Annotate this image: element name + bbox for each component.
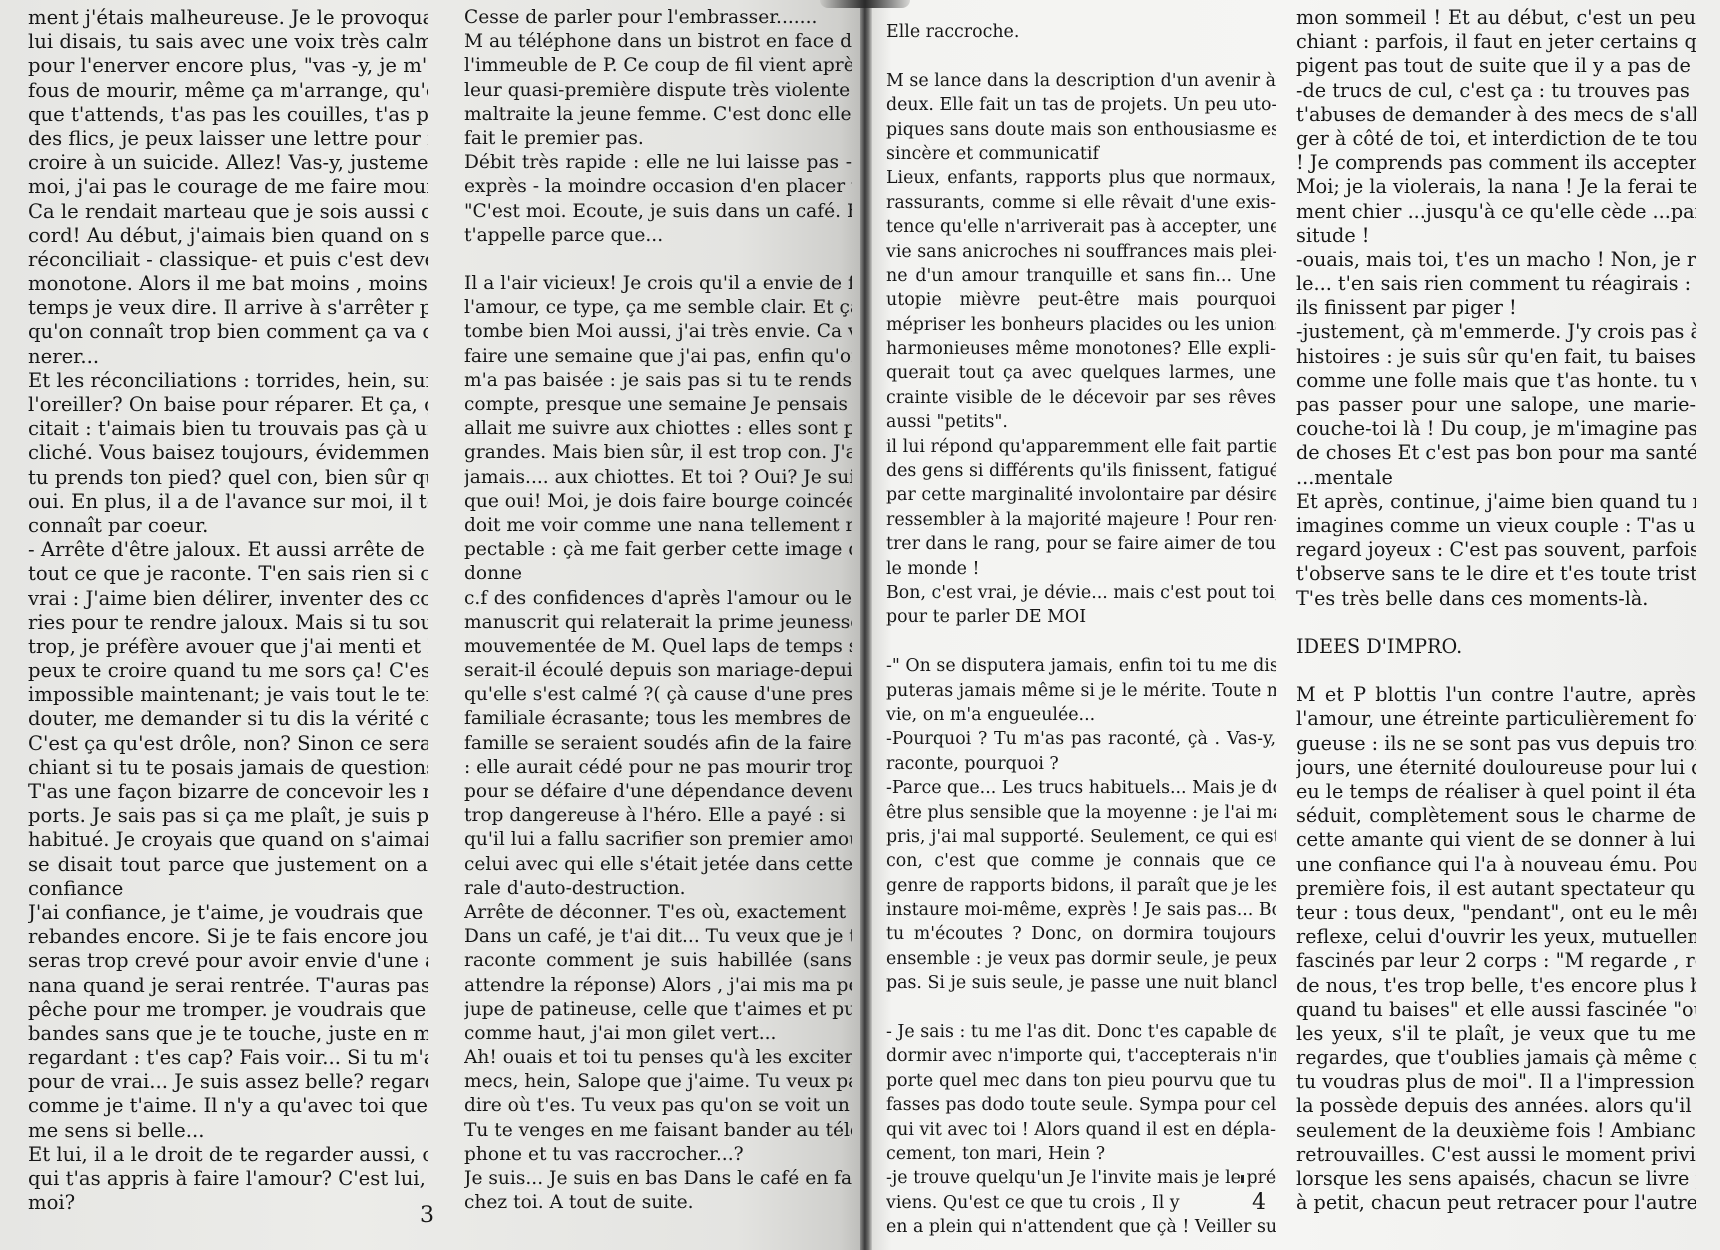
text-line: se disait tout parce que justement on a — [28, 853, 428, 877]
text-line: vie, on m'a engueulée... — [886, 703, 1276, 727]
left-page-column-2: Cesse de parler pour l'embrasser.......M… — [464, 6, 852, 1215]
text-line: connaît par coeur. — [28, 514, 428, 538]
text-line: lorsque les sens apaisés, chacun se livr… — [1296, 1167, 1696, 1191]
text-line: crainte visible de le décevoir par ses r… — [886, 386, 1276, 410]
text-line: douter, me demander si tu dis la vérité … — [28, 707, 428, 731]
text-line: puteras jamais même si je le mérite. Tou… — [886, 679, 1276, 703]
text-line: mouvementée de M. Quel laps de temps se — [464, 635, 852, 659]
text-line: querait tout ça avec quelques larmes, un… — [886, 361, 1276, 385]
text-line: -de trucs de cul, c'est ça : tu trouves … — [1296, 79, 1696, 103]
text-line: - Je sais : tu me l'as dit. Donc t'es ca… — [886, 1020, 1276, 1044]
blank-line — [886, 996, 1276, 1020]
text-line: à petit, chacun peut retracer pour l'aut… — [1296, 1191, 1696, 1215]
text-line: lui disais, tu sais avec une voix très c… — [28, 30, 428, 54]
text-line: tu m'écoutes ? Donc, on dormira toujours — [886, 922, 1276, 946]
text-line: qu'il lui a fallu sacrifier son premier … — [464, 828, 852, 852]
text-line: familiale écrasante; tous les membres de… — [464, 707, 852, 731]
text-line: Ah! ouais et toi tu penses qu'à les exci… — [464, 1046, 852, 1070]
text-line: pour se défaire d'une dépendance devenue — [464, 780, 852, 804]
text-line: Et après, continue, j'aime bien quand tu… — [1296, 490, 1696, 514]
text-line: Lieux, enfants, rapports plus que normau… — [886, 166, 1276, 190]
text-line: trop, je préfère avouer que j'ai menti e… — [28, 635, 428, 659]
text-line: trop dangereuse à l'héro. Elle a payé : … — [464, 804, 852, 828]
text-line: pigent pas tout de suite que il y a pas … — [1296, 54, 1696, 78]
text-line: grandes. Mais bien sûr, il est trop con.… — [464, 441, 852, 465]
text-line: des flics, je peux laisser une lettre po… — [28, 127, 428, 151]
text-line: maltraite la jeune femme. C'est donc ell… — [464, 103, 852, 127]
text-line: t'observe sans te le dire et t'es toute … — [1296, 562, 1696, 586]
text-line: Cesse de parler pour l'embrasser....... — [464, 6, 852, 30]
text-line: vrai : J'aime bien délirer, inventer des… — [28, 587, 428, 611]
page-number-left: 3 — [420, 1203, 434, 1228]
text-line: une confiance qui l'a à nouveau ému. Pou… — [1296, 853, 1696, 877]
text-line: raconte, pourquoi ? — [886, 752, 1276, 776]
text-line: séduit, complètement sous le charme de — [1296, 804, 1696, 828]
text-line: c.f des confidences d'après l'amour ou l… — [464, 587, 852, 611]
text-line: l'immeuble de P. Ce coup de fil vient ap… — [464, 54, 852, 78]
blank-line — [886, 630, 1276, 654]
text-line: Je suis... Je suis en bas Dans le café e… — [464, 1167, 852, 1191]
text-line: ger à côté de toi, et interdiction de te… — [1296, 127, 1696, 151]
text-line: que oui! Moi, je dois faire bourge coinc… — [464, 490, 852, 514]
text-line: Dans un café, je t'ai dit... Tu veux que… — [464, 925, 852, 949]
text-line: cord! Au début, j'aimais bien quand on s… — [28, 224, 428, 248]
text-line: confiance — [28, 877, 428, 901]
text-line: Arrête de déconner. T'es où, exactement … — [464, 901, 852, 925]
text-line: harmonieuses même monotones? Elle expli- — [886, 337, 1276, 361]
text-line: : elle aurait cédé pour ne pas mourir tr… — [464, 756, 852, 780]
text-line: oui. En plus, il a de l'avance sur moi, … — [28, 490, 428, 514]
page-number-right: 4 — [1252, 1190, 1266, 1215]
text-line: ...mentale — [1296, 466, 1696, 490]
text-line: cement, ton mari, Hein ? — [886, 1142, 1276, 1166]
text-line: mecs, hein, Salope que j'aime. Tu veux p… — [464, 1070, 852, 1094]
text-line: utopie mièvre peut-être mais pourquoi — [886, 288, 1276, 312]
book-gutter — [860, 0, 872, 1250]
text-line: ensemble : je veux pas dormir seule, je … — [886, 947, 1276, 971]
text-line: seras trop crevé pour avoir envie d'une … — [28, 949, 428, 973]
text-line: moi, j'ai pas le courage de me faire mou… — [28, 175, 428, 199]
text-line: qu'elle s'est calmé ?( çà cause d'une pr… — [464, 683, 852, 707]
text-line: regard joyeux : C'est pas souvent, parfo… — [1296, 538, 1696, 562]
text-line: comme je t'aime. Il n'y a qu'avec toi qu… — [28, 1094, 428, 1118]
text-line: le... t'en sais rien comment tu réagirai… — [1296, 272, 1696, 296]
text-line: M au téléphone dans un bistrot en face d… — [464, 30, 852, 54]
text-line: donne — [464, 562, 852, 586]
text-line: Bon, c'est vrai, je dévie... mais c'est … — [886, 581, 1276, 605]
text-line: me sens si belle... — [28, 1119, 428, 1143]
text-line: J'ai confiance, je t'aime, je voudrais q… — [28, 901, 428, 925]
text-line: de choses Et c'est pas bon pour ma santé — [1296, 441, 1696, 465]
text-line: ne d'un amour tranquille et sans fin... … — [886, 264, 1276, 288]
text-line: jours, une éternité douloureuse pour lui… — [1296, 756, 1696, 780]
text-line: qui vit avec toi ! Alors quand il est en… — [886, 1118, 1276, 1142]
text-line: comme haut, j'ai mon gilet vert... — [464, 1022, 852, 1046]
text-line: fascinés par leur 2 corps : "M regarde ,… — [1296, 949, 1696, 973]
text-line: monotone. Alors il me bat moins , moins … — [28, 272, 428, 296]
text-line: IDEES D'IMPRO. — [1296, 635, 1696, 659]
text-line: pris, j'ai mal supporté. Seulement, ce q… — [886, 825, 1276, 849]
text-line: nerer... — [28, 345, 428, 369]
blank-line — [464, 248, 852, 272]
text-line: piques sans doute mais son enthousiasme … — [886, 118, 1276, 142]
text-line: reflexe, celui d'ouvrir les yeux, mutuel… — [1296, 925, 1696, 949]
blank-line — [1296, 659, 1696, 683]
text-line: Moi; je la violerais, la nana ! Je la fe… — [1296, 175, 1696, 199]
text-line: M et P blottis l'un contre l'autre, aprè… — [1296, 683, 1696, 707]
text-line: ! Je comprends pas comment ils acceptent… — [1296, 151, 1696, 175]
text-line: t'abuses de demander à des mecs de s'all… — [1296, 103, 1696, 127]
text-line: viens. Qu'est ce que tu crois , Il y — [886, 1191, 1276, 1215]
text-line: peux te croire quand tu me sors ça! C'es… — [28, 659, 428, 683]
text-line: chiant si tu te posais jamais de questio… — [28, 756, 428, 780]
text-line: famille se seraient soudés afin de la fa… — [464, 732, 852, 756]
stray-mark — [1241, 1175, 1244, 1183]
text-line: tence qu'elle n'arriverait pas à accepte… — [886, 215, 1276, 239]
text-line: pectable : çà me fait gerber cette image… — [464, 538, 852, 562]
text-line: seulement de la deuxième fois ! Ambiance… — [1296, 1119, 1696, 1143]
text-line: Tu te venges en me faisant bander au tél… — [464, 1119, 852, 1143]
text-line: en a plein qui n'attendent que çà ! Veil… — [886, 1215, 1276, 1239]
text-line: cliché. Vous baisez toujours, évidemment… — [28, 441, 428, 465]
text-line: dormir avec n'importe qui, t'accepterais… — [886, 1044, 1276, 1068]
text-line: première fois, il est autant spectateur … — [1296, 877, 1696, 901]
text-line: ports. Je sais pas si ça me plaît, je su… — [28, 804, 428, 828]
text-line: -Parce que... Les trucs habituels... Mai… — [886, 776, 1276, 800]
text-line: pêche pour me tromper. je voudrais que t… — [28, 998, 428, 1022]
text-line: couche-toi là ! Du coup, je m'imagine pa… — [1296, 417, 1696, 441]
text-line: Ca le rendait marteau que je sois aussi … — [28, 200, 428, 224]
text-line: pour te parler DE MOI — [886, 605, 1276, 629]
text-line: m'a pas baisée : je sais pas si tu te re… — [464, 369, 852, 393]
text-line: doit me voir comme une nana tellement re… — [464, 514, 852, 538]
text-line: C'est ça qu'est drôle, non? Sinon ce ser… — [28, 732, 428, 756]
text-line: manuscrit qui relaterait la prime jeunes… — [464, 611, 852, 635]
text-line: chiant : parfois, il faut en jeter certa… — [1296, 30, 1696, 54]
text-line: gueuse : ils ne se sont pas vus depuis t… — [1296, 732, 1696, 756]
text-line: serait-il écoulé depuis son mariage-depu… — [464, 659, 852, 683]
text-line: imagines comme un vieux couple : T'as un — [1296, 514, 1696, 538]
text-line: qui t'as appris à faire l'amour? C'est l… — [28, 1167, 428, 1191]
text-line: teur : tous deux, "pendant", ont eu le m… — [1296, 901, 1696, 925]
text-line: qu'on connaît trop bien comment ça va dé… — [28, 320, 428, 344]
text-line: fasses pas dodo toute seule. Sympa pour … — [886, 1093, 1276, 1117]
text-line: raconte comment je suis habillée (sans — [464, 949, 852, 973]
text-line: eu le temps de réaliser à quel point il … — [1296, 780, 1696, 804]
text-line: moi? — [28, 1191, 428, 1215]
text-line: des gens si différents qu'ils finissent,… — [886, 459, 1276, 483]
text-line: leur quasi-première dispute très violent… — [464, 79, 852, 103]
text-line: par cette marginalité involontaire par d… — [886, 483, 1276, 507]
text-line: histoires : je suis sûr qu'en fait, tu b… — [1296, 345, 1696, 369]
text-line: que t'attends, t'as pas les couilles, t'… — [28, 103, 428, 127]
text-line: aussi "petits". — [886, 410, 1276, 434]
text-line: allait me suivre aux chiottes : elles so… — [464, 417, 852, 441]
text-line: jupe de patineuse, celle que t'aimes et … — [464, 998, 852, 1022]
text-line: instaure moi-même, exprès ! Je sais pas.… — [886, 898, 1276, 922]
text-line: Et lui, il a le droit de te regarder aus… — [28, 1143, 428, 1167]
text-line: -je trouve quelqu'un Je l'invite mais je… — [886, 1166, 1276, 1190]
text-line: celui avec qui elle s'était jetée dans c… — [464, 853, 852, 877]
text-line: M se lance dans la description d'un aven… — [886, 69, 1276, 93]
text-line: l'amour, ce type, ça me semble clair. Et… — [464, 296, 852, 320]
text-line: mépriser les bonheurs placides ou les un… — [886, 313, 1276, 337]
text-line: tout ce que je raconte. T'en sais rien s… — [28, 562, 428, 586]
text-line: regardes, que t'oublies jamais çà même q… — [1296, 1046, 1696, 1070]
text-line: comme une folle mais que t'as honte. tu … — [1296, 369, 1696, 393]
text-line: trer dans le rang, pour se faire aimer d… — [886, 532, 1276, 556]
text-line: temps je veux dire. Il arrive à s'arrête… — [28, 296, 428, 320]
right-page-column-1: Elle raccroche.M se lance dans la descri… — [886, 20, 1276, 1240]
text-line: attendre la réponse) Alors , j'ai mis ma… — [464, 974, 852, 998]
text-line: vie sans anicroches ni souffrances mais … — [886, 240, 1276, 264]
text-line: cette amante qui vient de se donner à lu… — [1296, 828, 1696, 852]
text-line: pas. Si je suis seule, je passe une nuit… — [886, 971, 1276, 995]
text-line: fous de mourir, même ça m'arrange, qu'es… — [28, 79, 428, 103]
text-line: "C'est moi. Ecoute, je suis dans un café… — [464, 200, 852, 224]
text-line: nana quand je serai rentrée. T'auras pas… — [28, 974, 428, 998]
text-line: l'oreiller? On baise pour réparer. Et ça… — [28, 393, 428, 417]
text-line: mon sommeil ! Et au début, c'est un peu — [1296, 6, 1696, 30]
text-line: T'es très belle dans ces moments-là. — [1296, 587, 1696, 611]
text-line: Elle raccroche. — [886, 20, 1276, 44]
text-line: pas passer pour une salope, une marie- — [1296, 393, 1696, 417]
text-line: ils finissent par piger ! — [1296, 296, 1696, 320]
text-line: chez toi. A tout de suite. — [464, 1191, 852, 1215]
text-line: porte quel mec dans ton pieu pourvu que … — [886, 1069, 1276, 1093]
text-line: -justement, çà m'emmerde. J'y crois pas … — [1296, 320, 1696, 344]
right-page-column-2: mon sommeil ! Et au début, c'est un peuc… — [1296, 6, 1696, 1215]
text-line: Et les réconciliations : torrides, hein,… — [28, 369, 428, 393]
text-line: ment chier ...jusqu'à ce qu'elle cède ..… — [1296, 200, 1696, 224]
text-line: retrouvailles. C'est aussi le moment pri… — [1296, 1143, 1696, 1167]
text-line: pour de vrai... Je suis assez belle? reg… — [28, 1070, 428, 1094]
text-line: sincère et communicatif — [886, 142, 1276, 166]
text-line: dire où t'es. Tu veux pas qu'on se voit … — [464, 1094, 852, 1118]
left-page-column-1: ment j'étais malheureuse. Je le provoqua… — [28, 6, 428, 1215]
text-line: -" On se disputera jamais, enfin toi tu … — [886, 654, 1276, 678]
text-line: -ouais, mais toi, t'es un macho ! Non, j… — [1296, 248, 1696, 272]
text-line: pour l'enerver encore plus, "vas -y, je … — [28, 54, 428, 78]
text-line: -Pourquoi ? Tu m'as pas raconté, çà . Va… — [886, 727, 1276, 751]
blank-line — [1296, 611, 1696, 635]
text-line: croire à un suicide. Allez! Vas-y, juste… — [28, 151, 428, 175]
text-line: impossible maintenant; je vais tout le t… — [28, 683, 428, 707]
text-line: exprès - la moindre occasion d'en placer… — [464, 175, 852, 199]
text-line: ment j'étais malheureuse. Je le provoqua… — [28, 6, 428, 30]
text-line: la possède depuis des années. alors qu'i… — [1296, 1094, 1696, 1118]
text-line: deux. Elle fait un tas de projets. Un pe… — [886, 93, 1276, 117]
text-line: fait le premier pas. — [464, 127, 852, 151]
text-line: de nous, t'es trop belle, t'es encore pl… — [1296, 974, 1696, 998]
text-line: quand tu baises" et elle aussi fascinée … — [1296, 998, 1696, 1022]
text-line: réconciliait - classique- et puis c'est … — [28, 248, 428, 272]
text-line: ressembler à la majorité majeure ! Pour … — [886, 508, 1276, 532]
text-line: le monde ! — [886, 557, 1276, 581]
text-line: ries pour te rendre jaloux. Mais si tu s… — [28, 611, 428, 635]
text-line: habitué. Je croyais que quand on s'aimai… — [28, 828, 428, 852]
text-line: citait : t'aimais bien tu trouvais pas ç… — [28, 417, 428, 441]
text-line: - Arrête d'être jaloux. Et aussi arrête … — [28, 538, 428, 562]
text-line: rale d'auto-destruction. — [464, 877, 852, 901]
text-line: situde ! — [1296, 224, 1696, 248]
text-line: il lui répond qu'apparemment elle fait p… — [886, 435, 1276, 459]
text-line: rassurants, comme si elle rêvait d'une e… — [886, 191, 1276, 215]
text-line: jamais.... aux chiottes. Et toi ? Oui? J… — [464, 466, 852, 490]
text-line: tu prends ton pied? quel con, bien sûr q… — [28, 466, 428, 490]
text-line: rebandes encore. Si je te fais encore jo… — [28, 925, 428, 949]
text-line: genre de rapports bidons, il paraît que … — [886, 874, 1276, 898]
text-line: con, c'est que comme je connais que ce — [886, 849, 1276, 873]
text-line: phone et tu vas raccrocher...? — [464, 1143, 852, 1167]
text-line: les yeux, s'il te plaît, je veux que tu … — [1296, 1022, 1696, 1046]
blank-line — [886, 44, 1276, 68]
text-line: être plus sensible que la moyenne : je l… — [886, 801, 1276, 825]
text-line: l'amour, une étreinte particulièrement f… — [1296, 707, 1696, 731]
text-line: compte, presque une semaine Je pensais q… — [464, 393, 852, 417]
text-line: tu voudras plus de moi". Il a l'impressi… — [1296, 1070, 1696, 1094]
text-line: Il a l'air vicieux! Je crois qu'il a env… — [464, 272, 852, 296]
text-line: t'appelle parce que... — [464, 224, 852, 248]
text-line: tombe bien Moi aussi, j'ai très envie. C… — [464, 320, 852, 344]
text-line: regardant : t'es cap? Fais voir... Si tu… — [28, 1046, 428, 1070]
text-line: faire une semaine que j'ai pas, enfin qu… — [464, 345, 852, 369]
text-line: bandes sans que je te touche, juste en m… — [28, 1022, 428, 1046]
text-line: T'as une façon bizarre de concevoir les … — [28, 780, 428, 804]
text-line: Débit très rapide : elle ne lui laisse p… — [464, 151, 852, 175]
